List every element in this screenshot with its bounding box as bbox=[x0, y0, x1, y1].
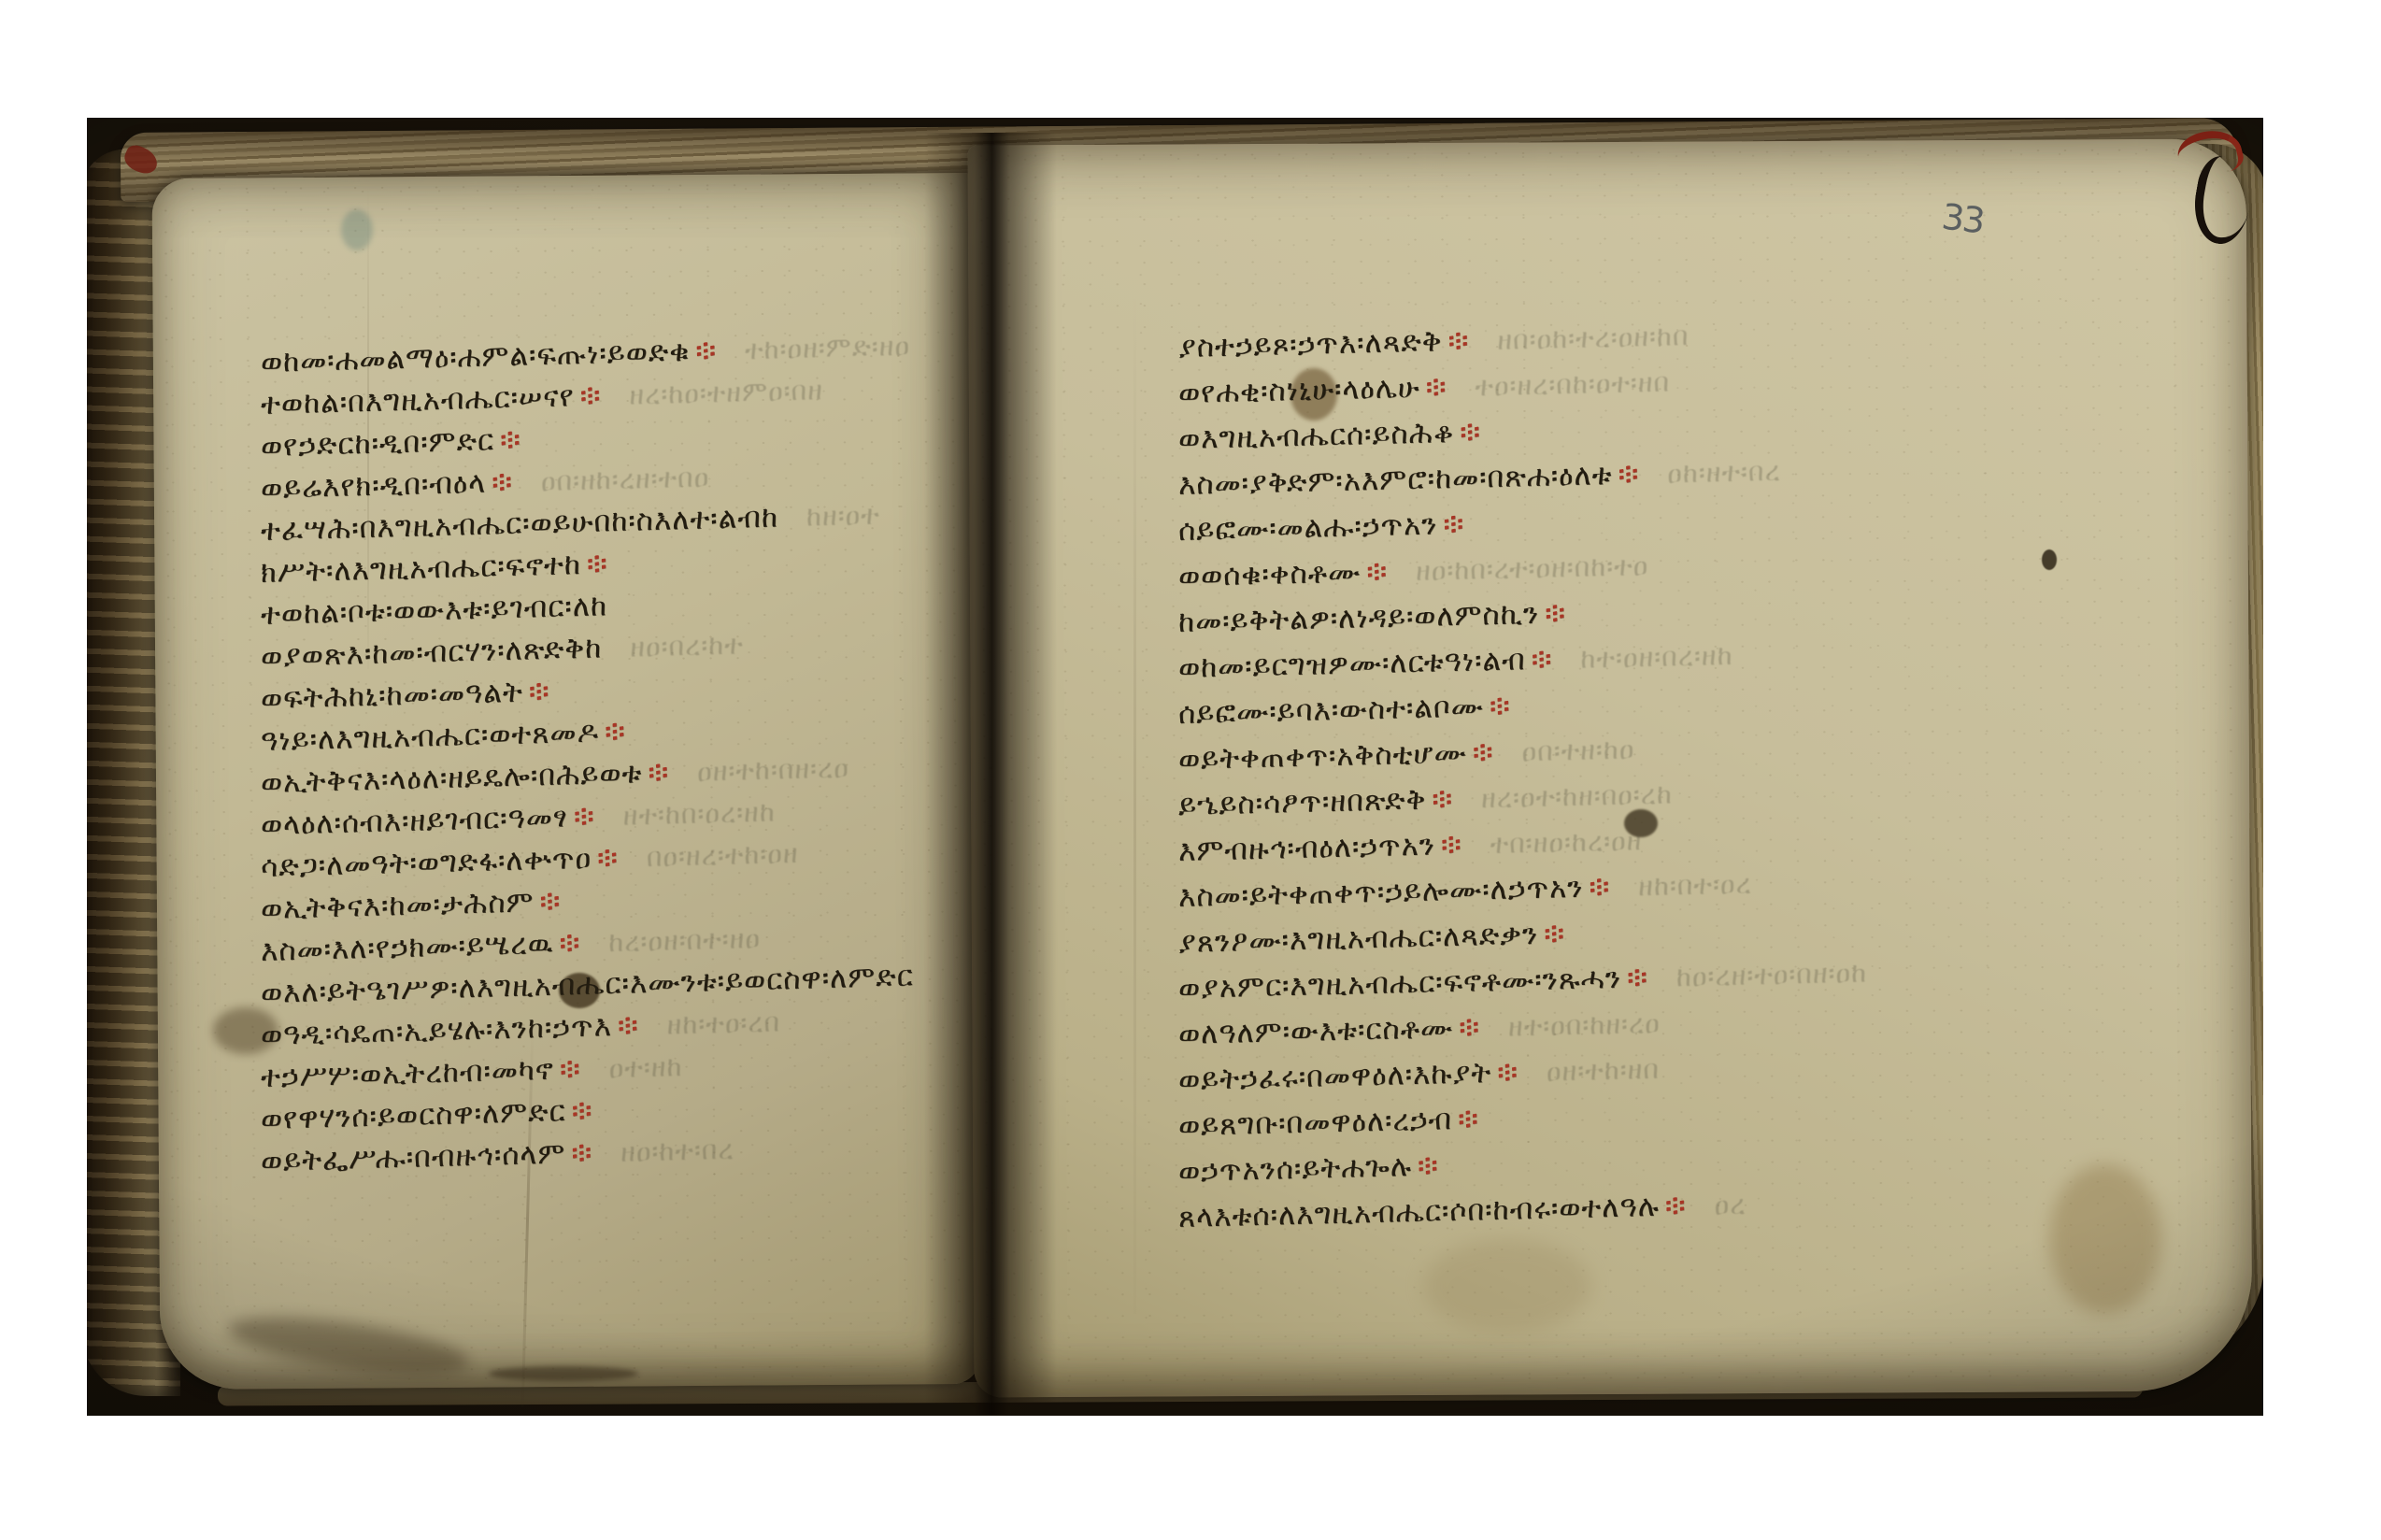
verse-marker-cross: ፨ bbox=[597, 841, 620, 876]
verse-marker-cross: ፨ bbox=[1618, 457, 1640, 492]
verse-marker-cross: ፨ bbox=[1432, 782, 1454, 817]
book-gutter-shadow bbox=[924, 133, 1057, 1415]
bleedthrough-ghost-text: ተከ፡ዐዘ፡ምድ፡ዘዐ bbox=[745, 330, 911, 366]
parchment-stain bbox=[2049, 1164, 2161, 1314]
ink-stain bbox=[2042, 549, 2057, 570]
verse-marker-cross: ፨ bbox=[1627, 961, 1649, 995]
verse-marker-cross: ፨ bbox=[492, 465, 514, 500]
bleedthrough-ghost-text: ተበ፡ዘዐ፡ከረ፡ዐዘ bbox=[1490, 824, 1643, 860]
bleedthrough-ghost-text: ዐተ፡ዘከ bbox=[608, 1050, 683, 1084]
right-page-text-column: ያስተኃይጾ፡ኃጥእ፡ለጻድቅ፨ዘበ፡ዐከ፡ተረ፡ዐዘ፡ከበወየሐቂ፡ስነኒሁ፡… bbox=[1178, 325, 1867, 1241]
verse-marker-cross: ፨ bbox=[605, 715, 627, 749]
geez-text: ወይትፌሥሑ፡በብዙኅ፡ሰላም bbox=[261, 1136, 566, 1178]
verse-marker-cross: ፨ bbox=[1460, 415, 1482, 449]
geez-text: ያስተኃይጾ፡ኃጥእ፡ለጻድቅ bbox=[1178, 324, 1443, 364]
geez-text: ወይትኃፈሩ፡በመዋዕለ፡እኩያት bbox=[1178, 1056, 1492, 1097]
geez-text: ይኄይስ፡ሳፆጥ፡ዘበጽድቅ bbox=[1178, 783, 1427, 822]
geez-text: እምብዙኅ፡ብዕለ፡ኃጥአን bbox=[1178, 829, 1436, 868]
bleedthrough-ghost-text: ዐዘ፡ተከ፡ዘበ bbox=[1546, 1053, 1660, 1088]
bleedthrough-ghost-text: ዘተ፡ከበ፡ዐረ፡ዘከ bbox=[622, 796, 776, 832]
bleedthrough-ghost-text: ዘከ፡ተዐ፡ረበ bbox=[666, 1005, 780, 1040]
geez-text: ያጸንዖሙ፡እግዚአብሔር፡ለጻድቃን bbox=[1178, 918, 1539, 960]
geez-text: ሳድጋ፡ለመዓት፡ወግድፋ፡ለቍጥዐ bbox=[261, 842, 592, 884]
bleedthrough-ghost-text: ዐከ፡ዘተ፡በረ bbox=[1667, 455, 1781, 490]
bleedthrough-ghost-text: ከተ፡ዐዘ፡በረ፡ዘከ bbox=[1580, 639, 1733, 675]
geez-text: ወወሰቁ፡ቀስቶሙ bbox=[1178, 555, 1362, 593]
verse-marker-cross: ፨ bbox=[559, 926, 581, 961]
geez-text: ወየኃድርከ፡ዲበ፡ምድር bbox=[261, 423, 495, 463]
geez-text: ወኃጥአንሰ፡ይትሐጐሉ bbox=[1178, 1149, 1413, 1189]
geez-text: ሰይፎሙ፡መልሑ፡ኃጥአን bbox=[1178, 507, 1438, 548]
geez-text: ወይሬእየክ፡ዲበ፡ብዕላ bbox=[261, 466, 487, 506]
geez-text: ወዓዲ፡ሳዴጠ፡ኢይሄሉ፡እንከ፡ኃጥእ bbox=[261, 1009, 613, 1052]
verse-marker-cross: ፨ bbox=[539, 885, 562, 920]
bleedthrough-ghost-text: ዐበ፡ተዘ፡ከዐ bbox=[1521, 733, 1635, 767]
parchment-stain bbox=[1423, 1239, 1591, 1333]
verse-marker-cross: ፨ bbox=[1531, 643, 1553, 677]
verse-marker-cross: ፨ bbox=[1366, 555, 1389, 590]
bleedthrough-ghost-text: ዘዐ፡በረ፡ከተ bbox=[630, 628, 744, 663]
bleedthrough-ghost-text: ዘረ፡ዐተ፡ከዘ፡በዐ፡ረከ bbox=[1481, 778, 1674, 815]
verse-marker-cross: ፨ bbox=[1425, 370, 1447, 405]
bleedthrough-ghost-text: ተዐ፡ዘረ፡በከ፡ዐተ፡ዘበ bbox=[1475, 366, 1671, 403]
bleedthrough-ghost-text: ከረ፡ዐዘ፡በተ፡ዘዐ bbox=[608, 922, 762, 958]
bleedthrough-ghost-text: ዐረ bbox=[1714, 1189, 1747, 1221]
geez-text: ወየዋሃንሰ፡ይወርስዋ፡ለምድር bbox=[261, 1094, 567, 1136]
bleedthrough-ghost-text: ከዘ፡ዐተ bbox=[806, 499, 881, 533]
geez-text: ወላዕለ፡ሰብእ፡ዘይገብር፡ዓመፃ bbox=[261, 800, 569, 842]
manuscript-photo: ወከመ፡ሐመልማዕ፡ሐምል፡ፍጡነ፡ይወድቁ፨ተከ፡ዐዘ፡ምድ፡ዘዐተወከል፡በ… bbox=[87, 118, 2263, 1416]
geez-text: ወያአምር፡እግዚአብሔር፡ፍኖቶሙ፡ንጹሓን bbox=[1178, 962, 1622, 1005]
geez-text: ወፍትሕከኒ፡ከመ፡መዓልት bbox=[261, 676, 524, 716]
geez-text: ወየሐቂ፡ስነኒሁ፡ላዕሌሁ bbox=[1178, 371, 1420, 410]
bleedthrough-ghost-text: ዘዐ፡ከበ፡ረተ፡ዐዘ፡በከ፡ተዐ bbox=[1416, 549, 1649, 587]
verse-marker-cross: ፨ bbox=[500, 423, 522, 458]
geez-text: እስመ፡ያቅድም፡አእምሮ፡ከመ፡በጽሐ፡ዕለቱ bbox=[1178, 458, 1613, 502]
verse-marker-cross: ፨ bbox=[695, 334, 718, 368]
folio-number: 33 bbox=[1939, 195, 1985, 241]
page-background: ወከመ፡ሐመልማዕ፡ሐምል፡ፍጡነ፡ይወድቁ፨ተከ፡ዐዘ፡ምድ፡ዘዐተወከል፡በ… bbox=[0, 0, 2381, 1540]
geez-text: ወከመ፡ይርግዝዎሙ፡ለርቱዓነ፡ልብ bbox=[1178, 643, 1527, 685]
left-page-text-column: ወከመ፡ሐመልማዕ፡ሐምል፡ፍጡነ፡ይወድቁ፨ተከ፡ዐዘ፡ምድ፡ዘዐተወከል፡በ… bbox=[261, 342, 914, 1183]
bleedthrough-ghost-text: ዘበ፡ዐከ፡ተረ፡ዐዘ፡ከበ bbox=[1497, 320, 1690, 356]
geez-text: ወይጸግቡ፡በመዋዕለ፡ረኃብ bbox=[1178, 1103, 1453, 1143]
geez-text: ወይትቀጠቀጥ፡አቅስቲሆሙ bbox=[1178, 736, 1468, 777]
verse-marker-cross: ፨ bbox=[1459, 1010, 1481, 1045]
verse-marker-cross: ፨ bbox=[1440, 828, 1462, 863]
verse-marker-cross: ፨ bbox=[559, 1052, 581, 1087]
verse-marker-cross: ፨ bbox=[1545, 596, 1567, 631]
geez-text: ወእግዚአብሔርሰ፡ይስሕቆ bbox=[1178, 416, 1455, 456]
verse-marker-cross: ፨ bbox=[1447, 324, 1470, 359]
geez-text: እስመ፡እለ፡የኃክሙ፡ይሤረዉ bbox=[261, 927, 554, 968]
verse-marker-cross: ፨ bbox=[1458, 1102, 1480, 1136]
verse-marker-cross: ፨ bbox=[1497, 1055, 1519, 1090]
bleedthrough-ghost-text: ዐዘ፡ተከ፡በዘ፡ረዐ bbox=[697, 752, 850, 788]
bleedthrough-ghost-text: ዐበ፡ዘከ፡ረዘ፡ተበዐ bbox=[540, 461, 709, 497]
bleedthrough-ghost-text: ዘከ፡በተ፡ዐረ bbox=[1638, 868, 1752, 903]
page-crease bbox=[1133, 286, 1136, 1314]
geez-text: ተወከል፡ቦቱ፡ወውእቱ፡ይገብር፡ለከ bbox=[261, 589, 608, 632]
geez-text: ጸላእቱሰ፡ለእግዚአብሔር፡ሶበ፡ከብሩ፡ወተለዓሉ bbox=[1178, 1190, 1661, 1234]
verse-marker-cross: ፨ bbox=[579, 378, 602, 413]
geez-text: ተወከል፡በእግዚአብሔር፡ሠናየ bbox=[261, 379, 576, 421]
geez-text: ክሥት፡ለእግዚአብሔር፡ፍኖተከ bbox=[261, 548, 582, 590]
verse-marker-cross: ፨ bbox=[617, 1008, 639, 1043]
verse-marker-cross: ፨ bbox=[1443, 507, 1465, 542]
verse-marker-cross: ፨ bbox=[1417, 1148, 1439, 1183]
verse-marker-cross: ፨ bbox=[1489, 690, 1511, 724]
geez-text: ተኃሥሦ፡ወኢትረከብ፡መካኖ bbox=[261, 1053, 555, 1094]
verse-marker-cross: ፨ bbox=[1664, 1189, 1687, 1223]
verse-marker-cross: ፨ bbox=[571, 1094, 593, 1129]
bleedthrough-ghost-text: ዘዐ፡ከተ፡በረ bbox=[620, 1134, 734, 1168]
verse-marker-cross: ፨ bbox=[571, 1136, 593, 1171]
verse-marker-cross: ፨ bbox=[528, 675, 550, 709]
bleedthrough-ghost-text: ከዐ፡ረዘ፡ተዐ፡በዘ፡ዐከ bbox=[1675, 957, 1867, 993]
bleedthrough-ghost-text: ዘተ፡ዐበ፡ከዘ፡ረዐ bbox=[1508, 1007, 1661, 1043]
geez-text: ከመ፡ይቅትልዎ፡ለነዳይ፡ወለምስኪን bbox=[1178, 597, 1540, 639]
geez-text: ወኢትቅናእ፡ከመ፡ታሕስም bbox=[261, 885, 535, 926]
bleedthrough-ghost-text: ዘረ፡ከዐ፡ተዘምዐ፡በዘ bbox=[629, 374, 823, 410]
geez-text: ሰይፎሙ፡ይባእ፡ውስተ፡ልቦሙ bbox=[1178, 690, 1485, 731]
verse-marker-cross: ፨ bbox=[648, 756, 670, 791]
geez-text: ወለዓለም፡ውእቱ፡ርስቶሙ bbox=[1178, 1011, 1454, 1051]
geez-text: ዓነይ፡ለእግዚአብሔር፡ወተጸመዶ bbox=[261, 716, 600, 758]
ink-stain bbox=[489, 1366, 638, 1381]
bleedthrough-ghost-text: በዐ፡ዘረ፡ተከ፡ዐዘ bbox=[646, 837, 799, 873]
geez-text: እስመ፡ይትቀጠቀጥ፡ኃይሎሙ፡ለኃጥአን bbox=[1178, 871, 1584, 914]
verse-marker-cross: ፨ bbox=[573, 800, 595, 834]
verse-marker-cross: ፨ bbox=[1472, 735, 1494, 770]
verse-marker-cross: ፨ bbox=[1544, 917, 1566, 951]
geez-text: ወኢትቅናእ፡ላዕለ፡ዘይዴሎ፡በሕይወቱ bbox=[261, 756, 643, 800]
faded-mark bbox=[341, 209, 373, 250]
geez-text: ወከመ፡ሐመልማዕ፡ሐምል፡ፍጡነ፡ይወድቁ bbox=[261, 335, 691, 379]
verse-marker-cross: ፨ bbox=[586, 547, 608, 581]
verse-marker-cross: ፨ bbox=[1589, 870, 1611, 905]
geez-text: ወያወጽእ፡ከመ፡ብርሃን፡ለጽድቅከ bbox=[261, 631, 603, 674]
